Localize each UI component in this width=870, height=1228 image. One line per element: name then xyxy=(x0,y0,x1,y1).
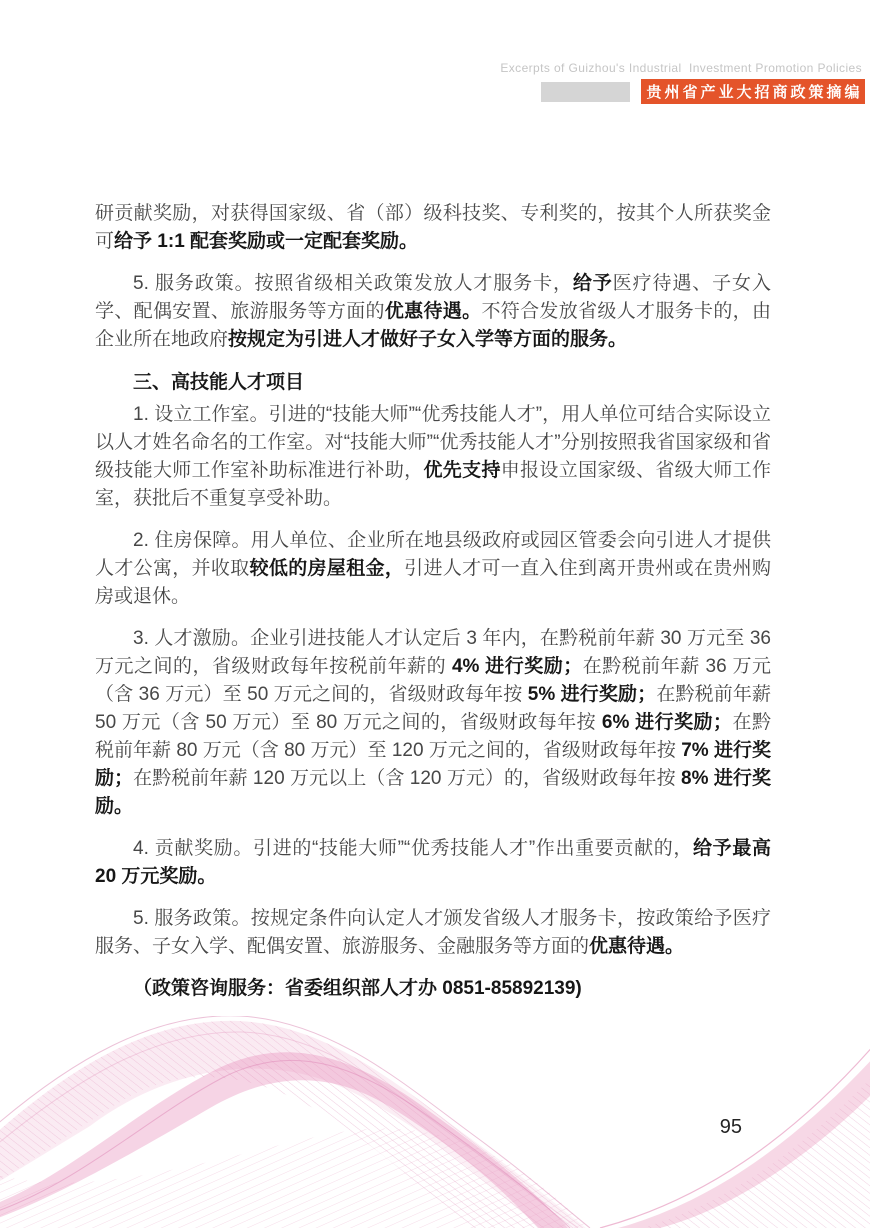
header-title-badge: 贵州省产业大招商政策摘编 xyxy=(641,79,865,104)
body-paragraph: 2. 住房保障。用人单位、企业所在地县级政府或园区管委会向引进人才提供人才公寓，… xyxy=(95,527,771,611)
header-chinese-title: 贵州省产业大招商政策摘编 xyxy=(643,81,862,102)
body-paragraph: 5. 服务政策。按照省级相关政策发放人才服务卡，给予医疗待遇、子女入学、配偶安置… xyxy=(95,270,771,354)
body-paragraph: 5. 服务政策。按规定条件向认定人才颁发省级人才服务卡，按政策给予医疗服务、子女… xyxy=(95,905,771,961)
body-paragraph: 4. 贡献奖励。引进的“技能大师”“优秀技能人才”作出重要贡献的，给予最高 20… xyxy=(95,835,771,891)
document-page: Excerpts of Guizhou's Industrial Investm… xyxy=(0,0,870,1228)
body-paragraph: 3. 人才激励。企业引进技能人才认定后 3 年内，在黔税前年薪 30 万元至 3… xyxy=(95,625,771,821)
section-heading: 三、高技能人才项目 xyxy=(95,369,771,397)
page-number: 95 xyxy=(720,1116,742,1139)
header-gray-block xyxy=(541,82,630,102)
body-paragraph: 研贡献奖励，对获得国家级、省（部）级科技奖、专利奖的，按其个人所获奖金可给予 1… xyxy=(95,200,771,256)
body-paragraph: 1. 设立工作室。引进的“技能大师”“优秀技能人才”，用人单位可结合实际设立以人… xyxy=(95,401,771,513)
body-paragraph: （政策咨询服务：省委组织部人才办 0851-85892139) xyxy=(95,975,771,1003)
header-title-bar: 贵州省产业大招商政策摘编 xyxy=(541,79,865,104)
document-body: 研贡献奖励，对获得国家级、省（部）级科技奖、专利奖的，按其个人所获奖金可给予 1… xyxy=(95,200,771,1003)
header-english-subtitle: Excerpts of Guizhou's Industrial Investm… xyxy=(500,61,862,75)
